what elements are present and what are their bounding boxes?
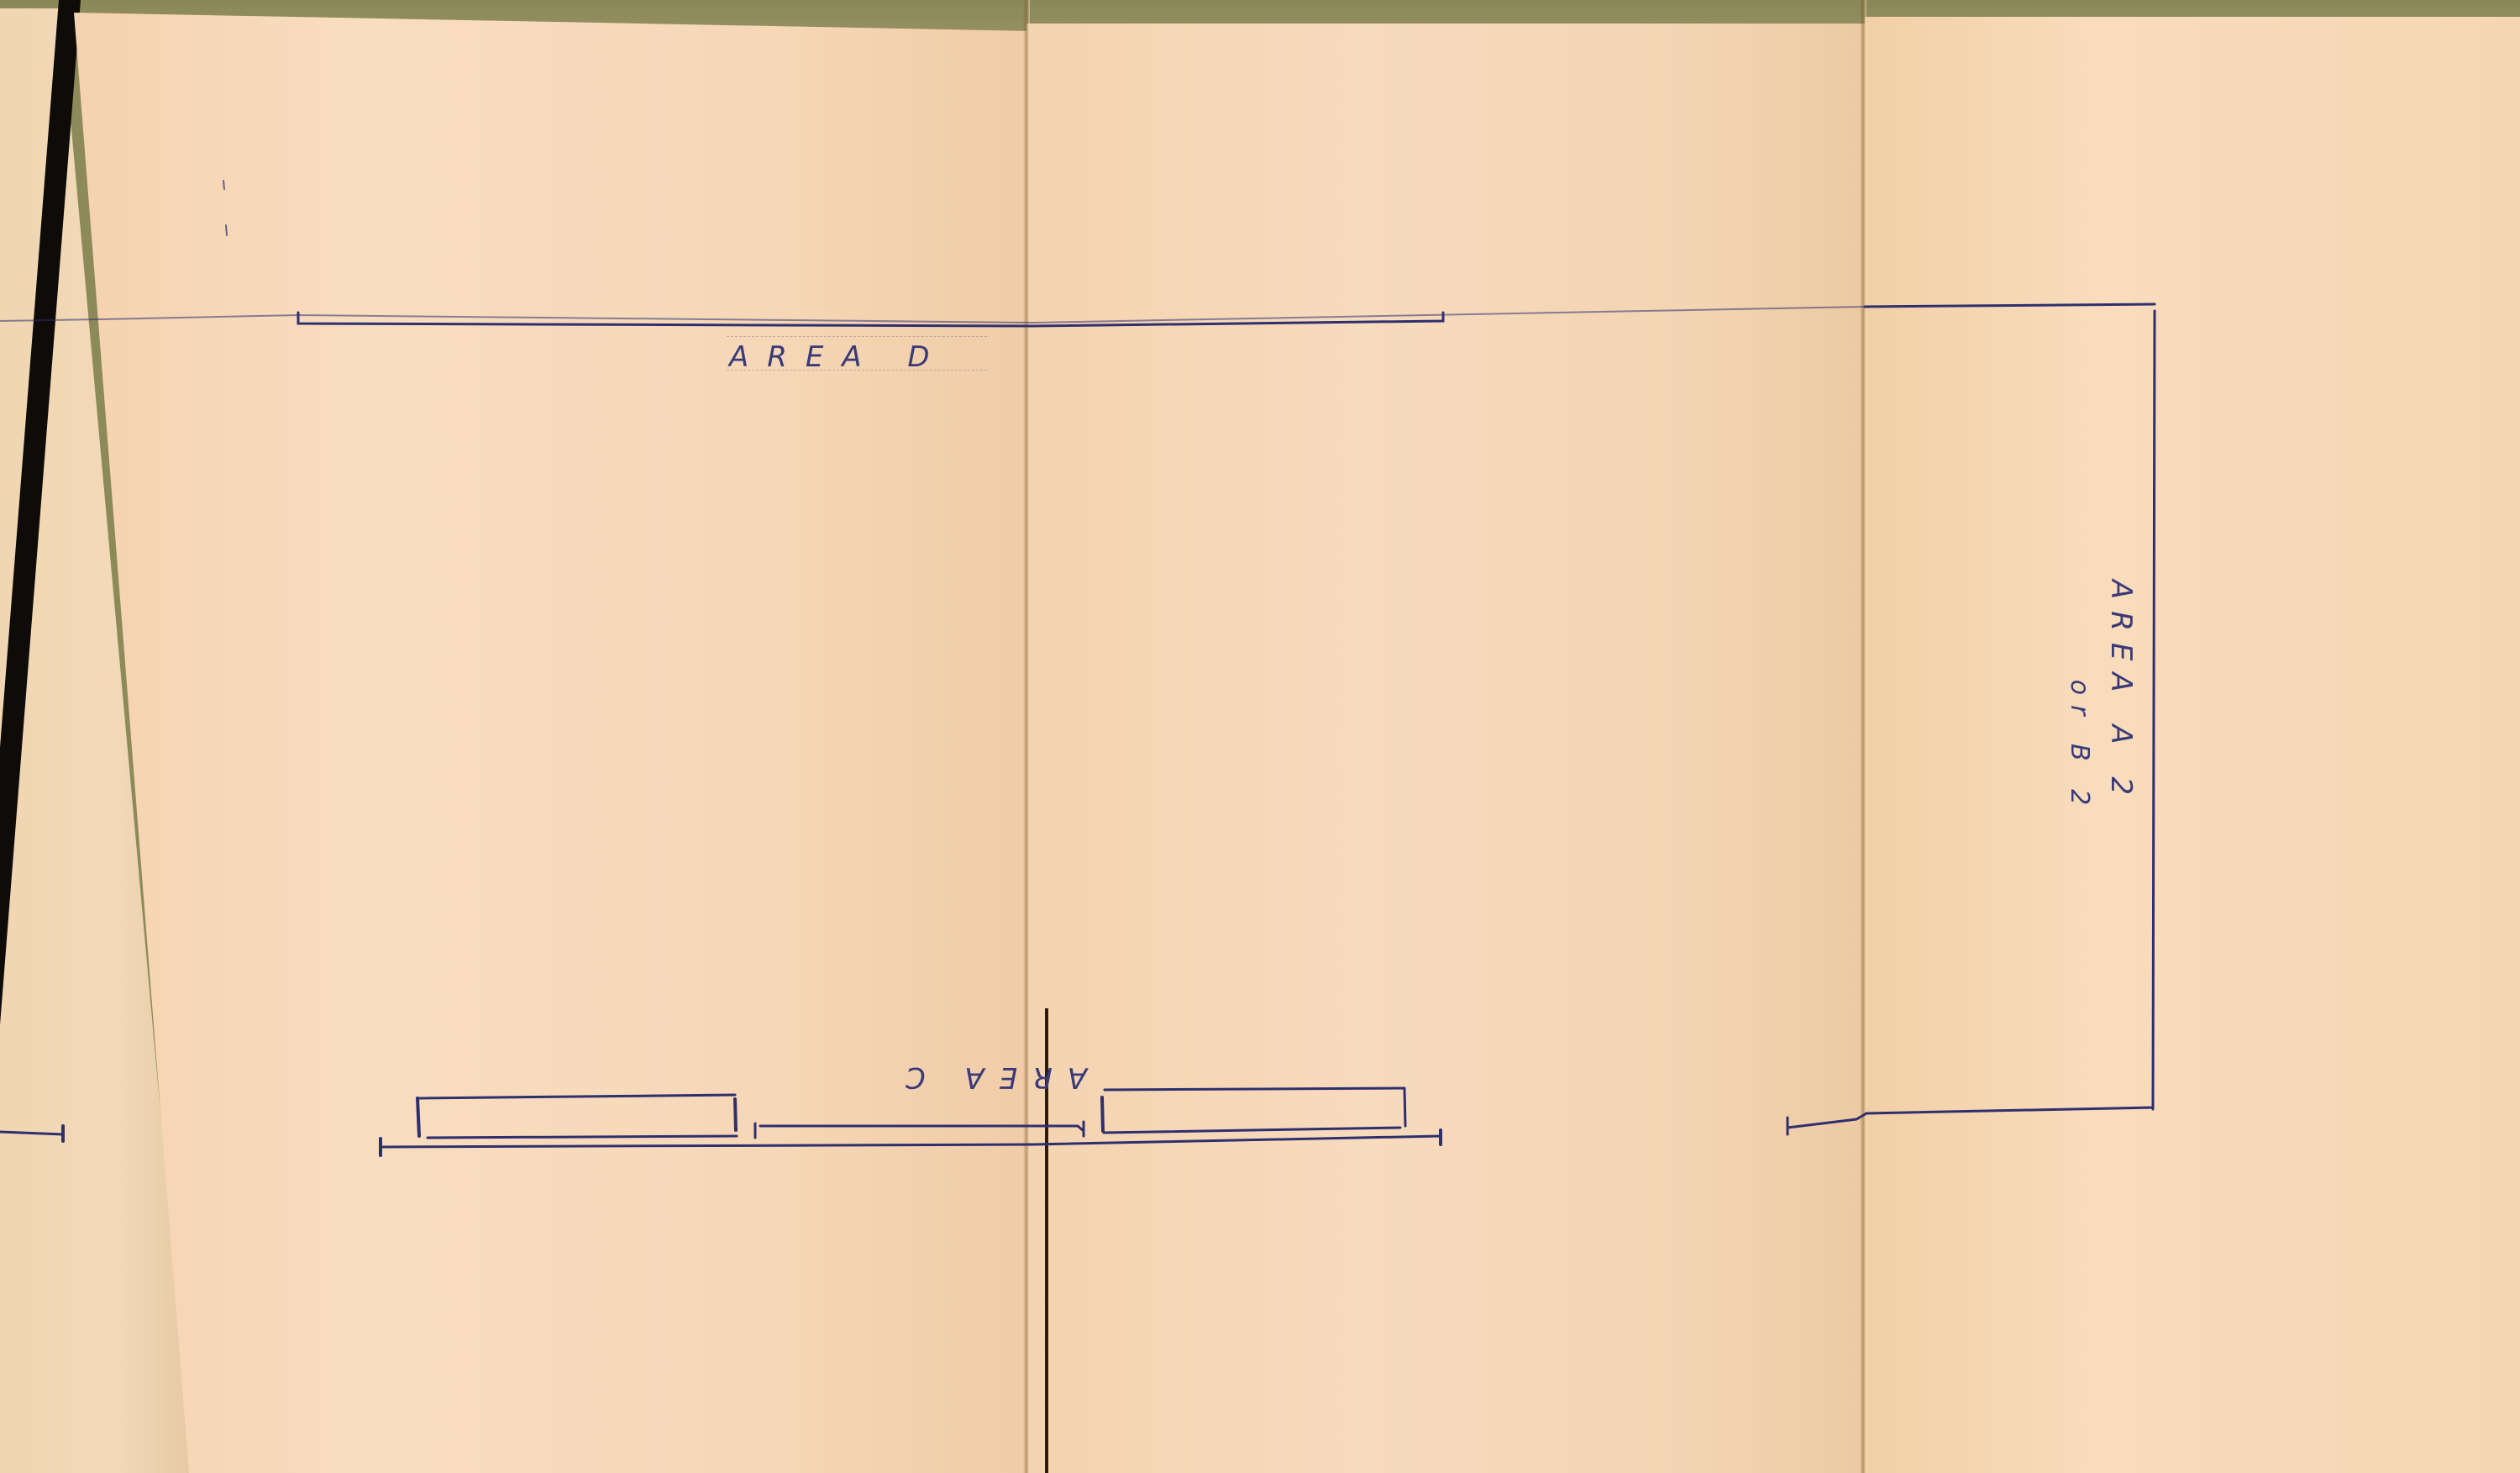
area-a2-top — [1865, 304, 2155, 307]
rect-2-top — [1105, 1088, 1404, 1090]
rect-1-top — [418, 1095, 735, 1098]
label-guide-line — [727, 336, 987, 337]
area-a2-right-side — [2153, 311, 2155, 1109]
top-boundary-line — [0, 304, 2155, 323]
area-a2-label: AREA A 2 — [2104, 580, 2138, 807]
pen-drawing — [0, 0, 2520, 1473]
area-a2-bottom-extension — [1788, 1113, 1866, 1128]
area-b2-label: or B 2 — [2065, 680, 2094, 815]
area-d-bracket — [298, 313, 1443, 326]
area-c-label: AREA C — [890, 1060, 1087, 1094]
area-a2-bottom — [1866, 1092, 2153, 1113]
left-margin-segment — [0, 1132, 63, 1134]
area-d-label: AREA D — [729, 340, 948, 374]
